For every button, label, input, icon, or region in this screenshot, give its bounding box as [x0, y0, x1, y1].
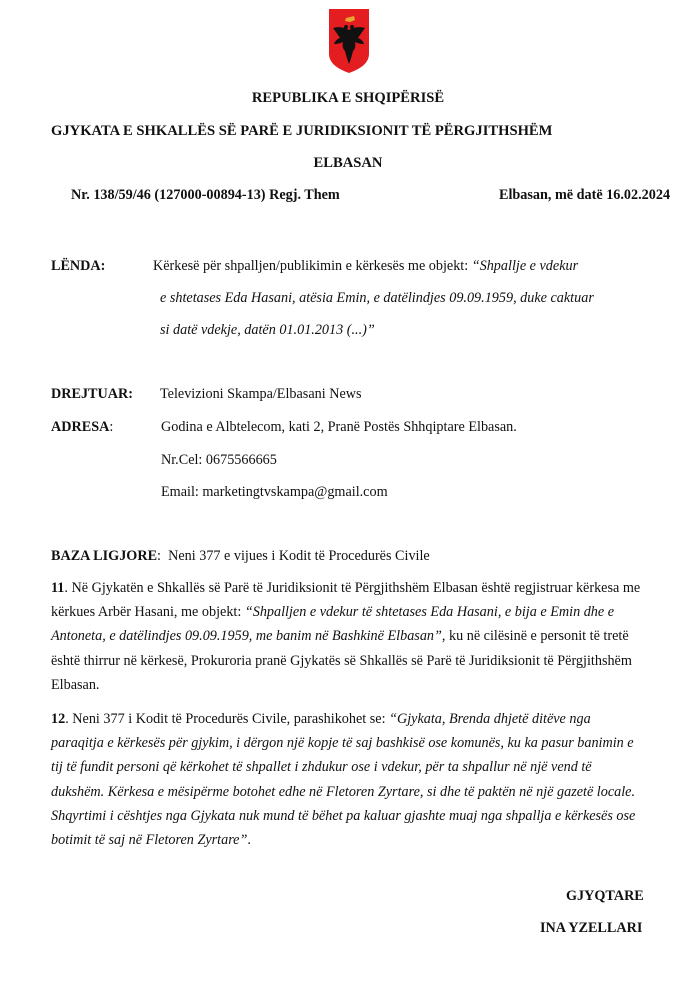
albanian-coat-of-arms-icon — [328, 8, 370, 74]
subject-label: LËNDA: — [51, 258, 105, 275]
subject-line-2: e shtetases Eda Hasani, atësia Emin, e d… — [160, 290, 594, 307]
paragraph-12: 12. Neni 377 i Kodit të Procedurës Civil… — [51, 707, 647, 852]
address-phone: Nr.Cel: 0675566665 — [161, 452, 277, 469]
signature-title: GJYQTARE — [566, 888, 644, 905]
signature-name: INA YZELLARI — [540, 920, 642, 937]
recipient-value: Televizioni Skampa/Elbasani News — [160, 386, 362, 403]
republic-title: REPUBLIKA E SHQIPËRISË — [0, 90, 696, 107]
legal-basis-value: Neni 377 e vijues i Kodit të Procedurës … — [168, 548, 430, 564]
legal-basis-label: BAZA LIGJORE — [51, 548, 157, 564]
subject-text: Kërkesë për shpalljen/publikimin e kërke… — [153, 258, 472, 274]
subject-quote-start: “Shpallje e vdekur — [472, 258, 578, 274]
court-city: ELBASAN — [0, 155, 696, 172]
recipient-label: DREJTUAR: — [51, 386, 133, 403]
reference-number: Nr. 138/59/46 (127000-00894-13) Regj. Th… — [71, 187, 340, 204]
court-name: GJYKATA E SHKALLËS SË PARË E JURIDIKSION… — [51, 123, 552, 140]
paragraph-11: 11. Në Gjykatën e Shkallës së Parë të Ju… — [51, 576, 647, 697]
address-email: Email: marketingtvskampa@gmail.com — [161, 484, 388, 501]
legal-basis: BAZA LIGJORE: Neni 377 e vijues i Kodit … — [51, 548, 430, 565]
address-label: ADRESA: — [51, 419, 113, 436]
document-date: Elbasan, më datë 16.02.2024 — [499, 187, 670, 204]
subject-line-3: si datë vdekje, datën 01.01.2013 (...)” — [160, 322, 375, 339]
address-line: Godina e Albtelecom, kati 2, Pranë Postë… — [161, 419, 517, 436]
subject-line-1: Kërkesë për shpalljen/publikimin e kërke… — [153, 258, 578, 275]
